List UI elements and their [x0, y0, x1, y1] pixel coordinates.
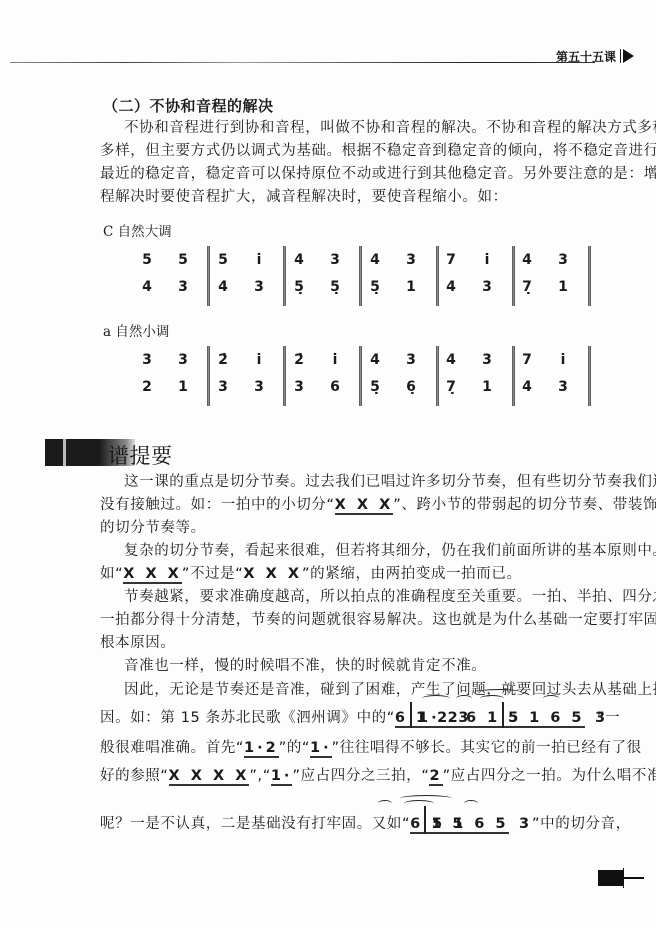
note: 3 [404, 352, 418, 368]
paragraph-line: 因。如：第 15 条苏北民歌《泗州调》中的“6 1 2 3 [100, 708, 471, 728]
slur [543, 695, 559, 702]
note: 5̣ [328, 279, 342, 295]
note: 4 [292, 252, 306, 268]
barline [207, 346, 210, 406]
text: ”应占四分之三拍，“ [292, 768, 429, 784]
text: ”不过是“ [182, 566, 244, 582]
note: 4 [520, 252, 534, 268]
barline [512, 346, 515, 406]
paragraph-line: 节奏越紧，要求准确度越高，所以拍点的准确程度至关重要。一拍、半拍、四分之 [124, 587, 656, 607]
paragraph-line: 程解决时要使音程扩大，减音程解决时，要使音程缩小。如： [100, 187, 508, 207]
barline [359, 346, 362, 406]
note: 1 [404, 279, 418, 295]
paragraph-line: 般很难唱准确。首先“1·2”的“1·”往往唱得不够长。其实它的前一拍已经有了很 [100, 738, 642, 758]
rhythm-notation: X X X [123, 566, 182, 584]
section-title: 谱提要 [108, 440, 173, 470]
barline [436, 346, 439, 406]
note: 3 [556, 379, 570, 395]
text: 没有接触过。如：一拍中的小切分“ [100, 497, 335, 513]
note: 4 [216, 279, 230, 295]
slur [464, 800, 478, 807]
paragraph-line: 5 1 6 5 3”中的切分音， [432, 814, 631, 834]
paragraph-line: 1· 2 6 1 5 [418, 708, 521, 728]
paragraph-line: 好的参照“X X X X”,“1·”应占四分之三拍，“2”应占四分之一拍。为什么… [100, 766, 656, 786]
note: 3 [480, 352, 494, 368]
note: i̇ [328, 352, 342, 368]
slur [378, 800, 392, 807]
barline [588, 246, 591, 306]
text: ”的紧缩，由两拍变成一拍而已。 [302, 566, 522, 582]
note: 4 [444, 279, 458, 295]
header-rule [10, 62, 595, 63]
text: 如“ [100, 566, 123, 582]
example-label: a 自然小调 [103, 320, 169, 340]
note: 3 [140, 352, 154, 368]
note: 7̣ [444, 379, 458, 395]
barline [283, 246, 286, 306]
slur [456, 695, 472, 702]
jianpu-notation: 3 [519, 816, 532, 832]
note: 6 [328, 379, 342, 395]
rhythm-notation: X X X X [169, 768, 250, 786]
note: 3 [252, 279, 266, 295]
jianpu-notation: 1· 2 [418, 710, 461, 728]
section-heading: （二）不协和音程的解决 [103, 95, 274, 116]
text: ”、跨小节的带弱起的切分节奏、带装饰音 [393, 497, 656, 513]
paragraph-line: 最近的稳定音，稳定音可以保持原位不动或进行到其他稳定音。另外要注意的是：增音 [100, 164, 656, 184]
note: 7 [444, 252, 458, 268]
text: ”的“ [279, 740, 310, 756]
jianpu-notation: 5 1 6 5 [432, 816, 509, 834]
text: 般很难唱准确。首先“ [100, 740, 244, 756]
rhythm-notation: X X X [243, 566, 302, 582]
note: 3 [252, 379, 266, 395]
text: ”往往唱得不够长。其实它的前一拍已经有了很 [332, 740, 642, 756]
jianpu-notation: 2 [429, 768, 442, 786]
rhythm-notation: X X X [335, 497, 394, 515]
note: 2̇ [216, 352, 230, 368]
jianpu-notation: 5 1 6 5 [508, 710, 585, 728]
paragraph-line: 音准也一样，慢的时候唱不准，快的时候就肯定不准。 [124, 656, 486, 676]
paragraph-line: 复杂的切分节奏，看起来很难，但若将其细分，仍在我们前面所讲的基本原则中。 [124, 541, 656, 561]
note: 5 [140, 252, 154, 268]
paragraph-line: 一拍都分得十分清楚，节奏的问题就很容易解决。这也就是为什么基础一定要打牢固的 [100, 610, 656, 630]
paragraph-line: 呢？一是不认真，二是基础没有打牢固。又如“6 1 5 [100, 814, 466, 834]
note: 4 [140, 279, 154, 295]
note: 3 [292, 379, 306, 395]
note: 5̣ [368, 379, 382, 395]
note: 4 [368, 252, 382, 268]
note: 1 [556, 279, 570, 295]
note: 7 [520, 352, 534, 368]
text: ”应占四分之一拍。为什么唱不准 [443, 768, 656, 784]
note: i̇ [252, 352, 266, 368]
text: ”,“ [249, 768, 270, 784]
jianpu-notation: 1· [310, 740, 332, 758]
header-divider [620, 49, 621, 63]
note: 7̣ [520, 279, 534, 295]
barline [588, 346, 591, 406]
text: ”一 [597, 708, 620, 728]
slur [480, 695, 504, 702]
jianpu-notation: 1·2 [244, 740, 279, 758]
barline [502, 702, 504, 728]
note: 3 [176, 279, 190, 295]
note: i̇ [556, 352, 570, 368]
barline [207, 246, 210, 306]
note: 1 [480, 379, 494, 395]
note: 5̣ [368, 279, 382, 295]
note: 1 [176, 379, 190, 395]
barline [512, 246, 515, 306]
barline [424, 806, 426, 834]
note: 3 [328, 252, 342, 268]
note: 4 [520, 379, 534, 395]
note: i̇ [480, 252, 494, 268]
note: 5 [176, 252, 190, 268]
note: 5 [216, 252, 230, 268]
paragraph-line: 多样，但主要方式仍以调式为基础。根据不稳定音到稳定音的倾向，将不稳定音进行到 [100, 141, 656, 161]
slur [422, 695, 450, 702]
note: 2̇ [292, 352, 306, 368]
note: 3 [176, 352, 190, 368]
paragraph-line: 因此，无论是节奏还是音准，碰到了困难，产生了问题，就要回过头去从基础上找原 [124, 680, 656, 700]
text: 呢？一是不认真，二是基础没有打牢固。又如“ [100, 816, 410, 832]
lesson-title: 第五十五课 [556, 48, 616, 65]
text: 因。如：第 15 条苏北民歌《泗州调》中的“ [100, 710, 395, 726]
barline [359, 246, 362, 306]
paragraph-line: 这一课的重点是切分节奏。过去我们已唱过许多切分节奏，但有些切分节奏我们还 [124, 472, 656, 492]
barline [283, 346, 286, 406]
paragraph-line: 不协和音程进行到协和音程，叫做不协和音程的解决。不协和音程的解决方式多种 [124, 118, 656, 138]
note: 4 [444, 352, 458, 368]
note: 2 [140, 379, 154, 395]
page-marker [598, 870, 623, 886]
jianpu-notation: 1· [271, 768, 293, 786]
note: i̇ [252, 252, 266, 268]
page-marker-line [624, 877, 644, 879]
barline [410, 702, 412, 728]
note: 3 [556, 252, 570, 268]
text: 好的参照“ [100, 768, 169, 784]
text: ”中的切分音， [532, 816, 631, 832]
note: 3 [216, 379, 230, 395]
paragraph-line: 没有接触过。如：一拍中的小切分“X X X”、跨小节的带弱起的切分节奏、带装饰音 [100, 495, 656, 515]
note: 5̣ [292, 279, 306, 295]
paragraph-line: 根本原因。 [100, 633, 176, 653]
barline [436, 246, 439, 306]
paragraph-line: 5 1 6 5 3 [508, 708, 608, 728]
note: 4 [368, 352, 382, 368]
example-label: C 自然大调 [103, 220, 172, 240]
note: 3 [480, 279, 494, 295]
paragraph-line: 如“X X X”不过是“X X X”的紧缩，由两拍变成一拍而已。 [100, 564, 522, 584]
right-triangle-icon [623, 49, 634, 63]
note: 3 [404, 252, 418, 268]
slur [404, 800, 434, 807]
note: 6̣ [404, 379, 418, 395]
paragraph-line: 的切分节奏等。 [100, 518, 206, 538]
